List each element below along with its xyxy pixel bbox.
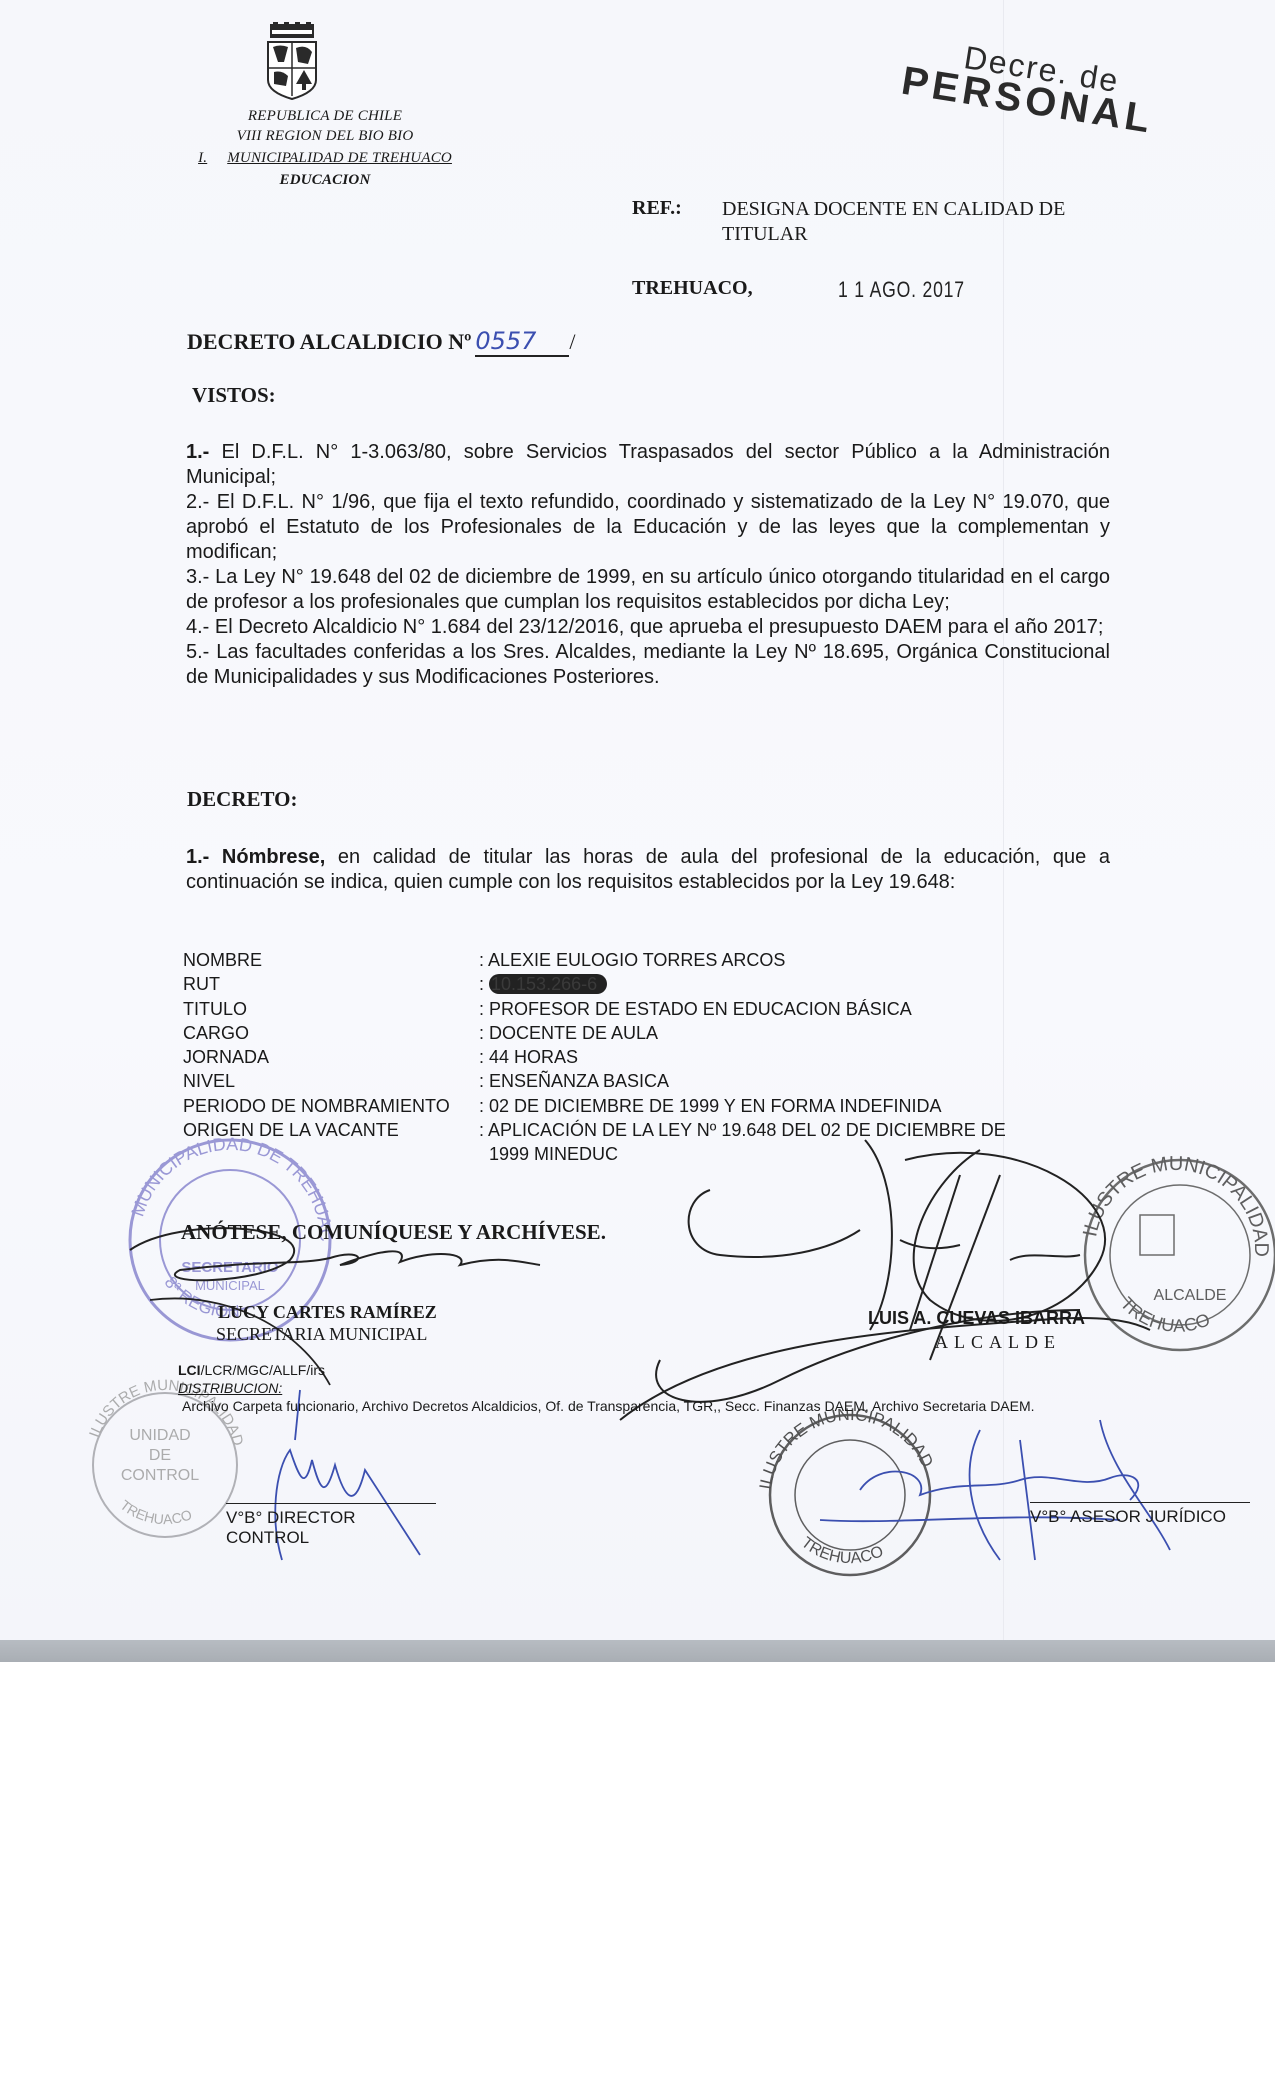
article-verb: Nómbrese, [209,846,325,868]
field-row-titulo: TITULO: PROFESOR DE ESTADO EN EDUCACION … [183,997,1006,1021]
initials-rest: /LCR/MGC/ALLF/irs [201,1362,325,1378]
decree-number-handwritten: 0557 [475,327,569,357]
redacted-rut: 10.153.266-6 [489,974,607,994]
vistos-item-number: 5.- [186,641,209,663]
vistos-item-text: Las facultades conferidas a los Sres. Al… [186,641,1110,688]
place: TREHUACO, [632,277,753,300]
municipality-name: MUNICIPALIDAD DE TREHUACO [227,150,452,166]
field-value: : ENSEÑANZA BASICA [479,1069,669,1093]
field-label: RUT [183,972,479,996]
vistos-item-text: El D.F.L. N° 1-3.063/80, sobre Servicios… [186,441,1110,488]
field-row-nivel: NIVEL: ENSEÑANZA BASICA [183,1069,1006,1093]
vistos-heading: VISTOS: [192,383,276,408]
municipality-prefix: I. [198,150,207,166]
date-stamp: 1 1 AGO. 2017 [838,277,965,303]
header-municipality: I.MUNICIPALIDAD DE TREHUACO [160,150,490,167]
mayor-role: ALCALDE [935,1332,1061,1353]
field-row-jornada: JORNADA: 44 HORAS [183,1045,1006,1069]
vistos-item-number: 3.- [186,566,209,588]
field-value: : 44 HORAS [479,1045,578,1069]
reference-label: REF.: [632,197,682,220]
vistos-list: 1.- El D.F.L. N° 1-3.063/80, sobre Servi… [186,440,1110,690]
decree-title: DECRETO ALCALDICIO Nº0557/ [187,327,575,357]
mayor-name: LUIS A. CUEVAS IBARRA [868,1308,1085,1329]
field-row-origen-cont: 1999 MINEDUC [183,1142,1006,1166]
vistos-item-text: La Ley N° 19.648 del 02 de diciembre de … [186,566,1110,613]
vistos-item: 1.- El D.F.L. N° 1-3.063/80, sobre Servi… [186,440,1110,490]
field-value: : 10.153.266-6 [479,972,607,996]
field-row-cargo: CARGO: DOCENTE DE AULA [183,1021,1006,1045]
vistos-item: 4.- El Decreto Alcaldicio N° 1.684 del 2… [186,615,1110,640]
secretary-name: LUCY CARTES RAMÍREZ [218,1302,437,1323]
vistos-item-number: 1.- [186,441,209,463]
header-country: REPUBLICA DE CHILE [160,108,490,125]
vistos-item-number: 2.- [186,491,209,513]
field-label: NIVEL [183,1069,479,1093]
vistos-item-text: El D.F.L. N° 1/96, que fija el texto ref… [186,491,1110,563]
decreto-article-1: 1.- Nómbrese, en calidad de titular las … [186,845,1110,895]
initials-bold: LCI [178,1362,201,1378]
header-region: VIII REGION DEL BIO BIO [160,128,490,145]
field-value: : APLICACIÓN DE LA LEY Nº 19.648 DEL 02 … [479,1118,1006,1142]
field-label: NOMBRE [183,948,479,972]
vistos-item-number: 4.- [186,616,209,638]
vb-director-control: V°B° DIRECTOR CONTROL [226,1503,436,1548]
reference-text: DESIGNA DOCENTE EN CALIDAD DE TITULAR [722,197,1102,247]
coat-of-arms-icon [262,22,322,100]
field-value: : ALEXIE EULOGIO TORRES ARCOS [479,948,785,972]
field-value: : DOCENTE DE AULA [479,1021,658,1045]
field-label: ORIGEN DE LA VACANTE [183,1118,479,1142]
decree-title-text: DECRETO ALCALDICIO Nº [187,329,471,354]
appointment-fields: NOMBRE: ALEXIE EULOGIO TORRES ARCOS RUT:… [183,948,1006,1167]
closing-formula: ANÓTESE, COMUNÍQUESE Y ARCHÍVESE. [181,1220,606,1245]
field-label: JORNADA [183,1045,479,1069]
field-value: 1999 MINEDUC [479,1142,618,1166]
field-value: : PROFESOR DE ESTADO EN EDUCACION BÁSICA [479,997,912,1021]
field-label: TITULO [183,997,479,1021]
field-row-periodo: PERIODO DE NOMBRAMIENTO: 02 DE DICIEMBRE… [183,1094,1006,1118]
article-number: 1.- [186,846,209,868]
vistos-item: 2.- El D.F.L. N° 1/96, que fija el texto… [186,490,1110,565]
vb-asesor-juridico: V°B° ASESOR JURÍDICO [1030,1502,1250,1527]
field-label: PERIODO DE NOMBRAMIENTO [183,1094,479,1118]
field-row-nombre: NOMBRE: ALEXIE EULOGIO TORRES ARCOS [183,948,1006,972]
field-row-origen: ORIGEN DE LA VACANTE: APLICACIÓN DE LA L… [183,1118,1006,1142]
distribution-text: Archivo Carpeta funcionario, Archivo Dec… [182,1398,1142,1415]
field-label [183,1142,479,1166]
field-row-rut: RUT: 10.153.266-6 [183,972,1006,996]
vistos-item: 5.- Las facultades conferidas a los Sres… [186,640,1110,690]
secretary-role: SECRETARIA MUNICIPAL [216,1324,427,1345]
field-value: : 02 DE DICIEMBRE DE 1999 Y EN FORMA IND… [479,1094,941,1118]
distribution-heading: DISTRIBUCION: [178,1380,282,1396]
decree-number-slash: / [569,329,575,354]
scan-bottom-edge [0,1640,1275,1662]
article-text: en calidad de titular las horas de aula … [186,846,1110,893]
initials: LCI/LCR/MGC/ALLF/irs [178,1362,325,1378]
field-label: CARGO [183,1021,479,1045]
vistos-item: 3.- La Ley N° 19.648 del 02 de diciembre… [186,565,1110,615]
vistos-item-text: El Decreto Alcaldicio N° 1.684 del 23/12… [209,616,1103,638]
decreto-heading: DECRETO: [187,787,297,812]
header-department: EDUCACION [160,172,490,189]
